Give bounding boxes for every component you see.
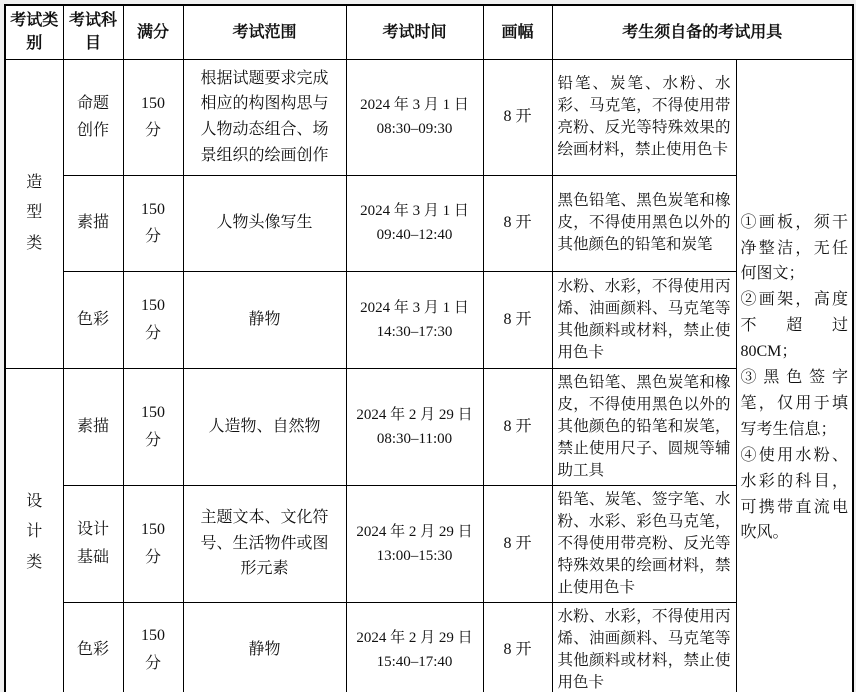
- score-cell: 150 分: [123, 602, 183, 692]
- tools-cell: 黑色铅笔、黑色炭笔和橡皮，不得使用黑色以外的其他颜色的铅笔和炭笔，禁止使用尺子、…: [552, 368, 736, 485]
- note-item: ②画架，高度不超过 80CM；: [741, 287, 849, 365]
- note-item: ①画板，须干净整洁，无任何图文；: [741, 210, 849, 288]
- time-cell: 2024 年 3 月 1 日 14:30–17:30: [346, 271, 483, 368]
- scope-cell: 静物: [183, 271, 346, 368]
- size-cell: 8 开: [483, 368, 552, 485]
- tools-cell: 铅笔、炭笔、水粉、水彩、马克笔，不得使用带亮粉、反光等特殊效果的绘画材料，禁止使…: [552, 59, 736, 175]
- size-cell: 8 开: [483, 271, 552, 368]
- header-row: 考试类别 考试科目 满分 考试范围 考试时间 画幅 考生须自备的考试用具: [5, 5, 853, 59]
- page: 考试类别 考试科目 满分 考试范围 考试时间 画幅 考生须自备的考试用具 造型类…: [0, 0, 856, 692]
- subject-cell: 设计基础: [63, 485, 123, 602]
- subject-cell: 色彩: [63, 602, 123, 692]
- table-row: 色彩 150 分 静物 2024 年 3 月 1 日 14:30–17:30 8…: [5, 271, 853, 368]
- exam-date: 2024 年 2 月 29 日: [349, 403, 481, 427]
- subject-cell: 素描: [63, 175, 123, 271]
- subject-cell: 素描: [63, 368, 123, 485]
- score-cell: 150 分: [123, 485, 183, 602]
- exam-date: 2024 年 3 月 1 日: [349, 296, 481, 320]
- scope-cell: 根据试题要求完成相应的构图构思与人物动态组合、场景组织的绘画创作: [183, 59, 346, 175]
- exam-date: 2024 年 3 月 1 日: [349, 93, 481, 117]
- tools-cell: 水粉、水彩，不得使用丙烯、油画颜料、马克笔等其他颜料或材料，禁止使用色卡: [552, 602, 736, 692]
- score-cell: 150 分: [123, 368, 183, 485]
- header-scope: 考试范围: [183, 5, 346, 59]
- category-label: 造型类: [25, 168, 43, 259]
- time-cell: 2024 年 2 月 29 日 13:00–15:30: [346, 485, 483, 602]
- table-row: 造型类 命题创作 150 分 根据试题要求完成相应的构图构思与人物动态组合、场景…: [5, 59, 853, 175]
- header-score: 满分: [123, 5, 183, 59]
- exam-date: 2024 年 2 月 29 日: [349, 626, 481, 650]
- time-cell: 2024 年 3 月 1 日 08:30–09:30: [346, 59, 483, 175]
- score-cell: 150 分: [123, 271, 183, 368]
- category-label: 设计类: [25, 487, 43, 578]
- exam-time: 15:40–17:40: [349, 650, 481, 674]
- note-item: ④使用水粉、水彩的科目，可携带直流电吹风。: [741, 443, 849, 547]
- size-cell: 8 开: [483, 59, 552, 175]
- exam-time: 14:30–17:30: [349, 320, 481, 344]
- table-row: 设计类 素描 150 分 人造物、自然物 2024 年 2 月 29 日 08:…: [5, 368, 853, 485]
- header-tools: 考生须自备的考试用具: [552, 5, 853, 59]
- table-row: 设计基础 150 分 主题文本、文化符号、生活物件或图形元素 2024 年 2 …: [5, 485, 853, 602]
- tools-cell: 黑色铅笔、黑色炭笔和橡皮，不得使用黑色以外的其他颜色的铅笔和炭笔: [552, 175, 736, 271]
- score-cell: 150 分: [123, 59, 183, 175]
- header-time: 考试时间: [346, 5, 483, 59]
- size-cell: 8 开: [483, 485, 552, 602]
- subject-cell: 色彩: [63, 271, 123, 368]
- scope-cell: 主题文本、文化符号、生活物件或图形元素: [183, 485, 346, 602]
- tools-cell: 水粉、水彩，不得使用丙烯、油画颜料、马克笔等其他颜料或材料，禁止使用色卡: [552, 271, 736, 368]
- scope-cell: 人造物、自然物: [183, 368, 346, 485]
- exam-time: 09:40–12:40: [349, 223, 481, 247]
- exam-schedule-table: 考试类别 考试科目 满分 考试范围 考试时间 画幅 考生须自备的考试用具 造型类…: [4, 4, 854, 692]
- time-cell: 2024 年 2 月 29 日 15:40–17:40: [346, 602, 483, 692]
- category-cell: 造型类: [5, 59, 63, 368]
- note-item: ③黑色签字笔，仅用于填写考生信息；: [741, 365, 849, 443]
- exam-time: 08:30–11:00: [349, 427, 481, 451]
- size-cell: 8 开: [483, 602, 552, 692]
- size-cell: 8 开: [483, 175, 552, 271]
- time-cell: 2024 年 3 月 1 日 09:40–12:40: [346, 175, 483, 271]
- scope-cell: 静物: [183, 602, 346, 692]
- subject-cell: 命题创作: [63, 59, 123, 175]
- exam-time: 13:00–15:30: [349, 544, 481, 568]
- notes-cell: ①画板，须干净整洁，无任何图文； ②画架，高度不超过 80CM； ③黑色签字笔，…: [736, 59, 853, 692]
- header-subject: 考试科目: [63, 5, 123, 59]
- time-cell: 2024 年 2 月 29 日 08:30–11:00: [346, 368, 483, 485]
- header-size: 画幅: [483, 5, 552, 59]
- table-row: 素描 150 分 人物头像写生 2024 年 3 月 1 日 09:40–12:…: [5, 175, 853, 271]
- scope-cell: 人物头像写生: [183, 175, 346, 271]
- exam-date: 2024 年 2 月 29 日: [349, 520, 481, 544]
- exam-date: 2024 年 3 月 1 日: [349, 199, 481, 223]
- table-row: 色彩 150 分 静物 2024 年 2 月 29 日 15:40–17:40 …: [5, 602, 853, 692]
- header-category: 考试类别: [5, 5, 63, 59]
- score-cell: 150 分: [123, 175, 183, 271]
- tools-cell: 铅笔、炭笔、签字笔、水粉、水彩、彩色马克笔，不得使用带亮粉、反光等特殊效果的绘画…: [552, 485, 736, 602]
- category-cell: 设计类: [5, 368, 63, 692]
- exam-time: 08:30–09:30: [349, 117, 481, 141]
